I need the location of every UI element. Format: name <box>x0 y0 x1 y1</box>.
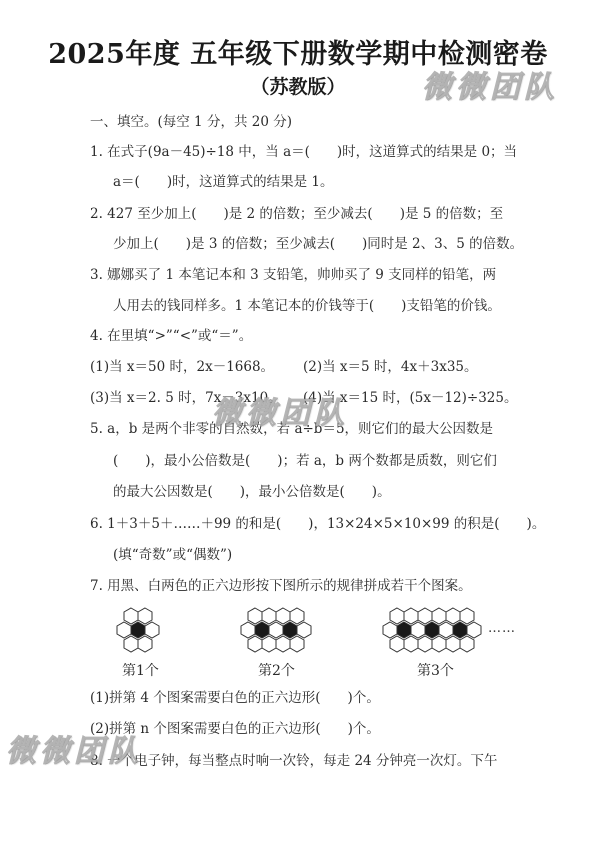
question-1-line-1: 1. 在式子(9a－45)÷18 中，当 a＝( )时，这道算式的结果是 0；当 <box>90 143 517 161</box>
question-4-part-1: (1)当 x＝50 时，2x－1668。 <box>90 358 274 376</box>
figure-label-3: 第3个 <box>417 660 454 680</box>
question-7-part-1: (1)拼第 4 个图案需要白色的正六边形( )个。 <box>90 689 380 707</box>
question-1-line-2: a＝( )时，这道算式的结果是 1。 <box>113 173 333 191</box>
question-4-part-2: (2)当 x＝5 时，4x＋3x35。 <box>303 358 478 376</box>
page-subtitle: （苏教版） <box>0 72 596 99</box>
question-3-line-2: 人用去的钱同样多。1 本笔记本的价钱等于( )支铅笔的价钱。 <box>113 297 501 315</box>
hexagon-pattern-1 <box>112 607 172 653</box>
figure-label-1: 第1个 <box>122 660 159 680</box>
question-6-line-1: 6. 1＋3＋5＋……＋99 的和是( )，13×24×5×10×99 的积是(… <box>90 515 545 533</box>
question-8-line-1: 8. 一个电子钟，每当整点时响一次铃，每走 24 分钟亮一次灯。下午 <box>90 752 497 770</box>
question-2-line-2: 少加上( )是 3 的倍数；至少减去( )同时是 2、3、5 的倍数。 <box>113 235 523 253</box>
figure-label-2: 第2个 <box>258 660 295 680</box>
question-4-line-1: 4. 在里填“>”“<”或“＝”。 <box>90 327 252 345</box>
question-4-part-3: (3)当 x＝2. 5 时，7x－3x10。 <box>90 389 282 407</box>
hexagon-pattern-3 <box>378 607 486 653</box>
question-5-line-3: 的最大公因数是( )，最小公倍数是( )。 <box>113 483 391 501</box>
question-6-line-2: (填“奇数”或“偶数”) <box>113 546 232 564</box>
question-5-line-1: 5. a，b 是两个非零的自然数，若 a÷b＝5，则它们的最大公因数是 <box>90 420 493 438</box>
question-3-line-1: 3. 娜娜买了 1 本笔记本和 3 支铅笔，帅帅买了 9 支同样的铅笔，两 <box>90 266 496 284</box>
page-title: 2025年度 五年级下册数学期中检测密卷 <box>0 32 596 71</box>
question-4-part-4: (4)当 x＝15 时，(5x－12)÷325。 <box>303 389 518 407</box>
section-heading: 一、填空。(每空 1 分，共 20 分) <box>90 113 292 131</box>
question-7-part-2: (2)拼第 n 个图案需要白色的正六边形( )个。 <box>90 720 380 738</box>
ellipsis: …… <box>488 621 516 636</box>
hexagon-pattern-2 <box>236 607 316 653</box>
question-7-line-1: 7. 用黑、白两色的正六边形按下图所示的规律拼成若干个图案。 <box>90 577 472 595</box>
question-2-line-1: 2. 427 至少加上( )是 2 的倍数；至少减去( )是 5 的倍数；至 <box>90 205 503 223</box>
question-5-line-2: ( )，最小公倍数是( )；若 a，b 两个数都是质数，则它们 <box>113 452 497 470</box>
